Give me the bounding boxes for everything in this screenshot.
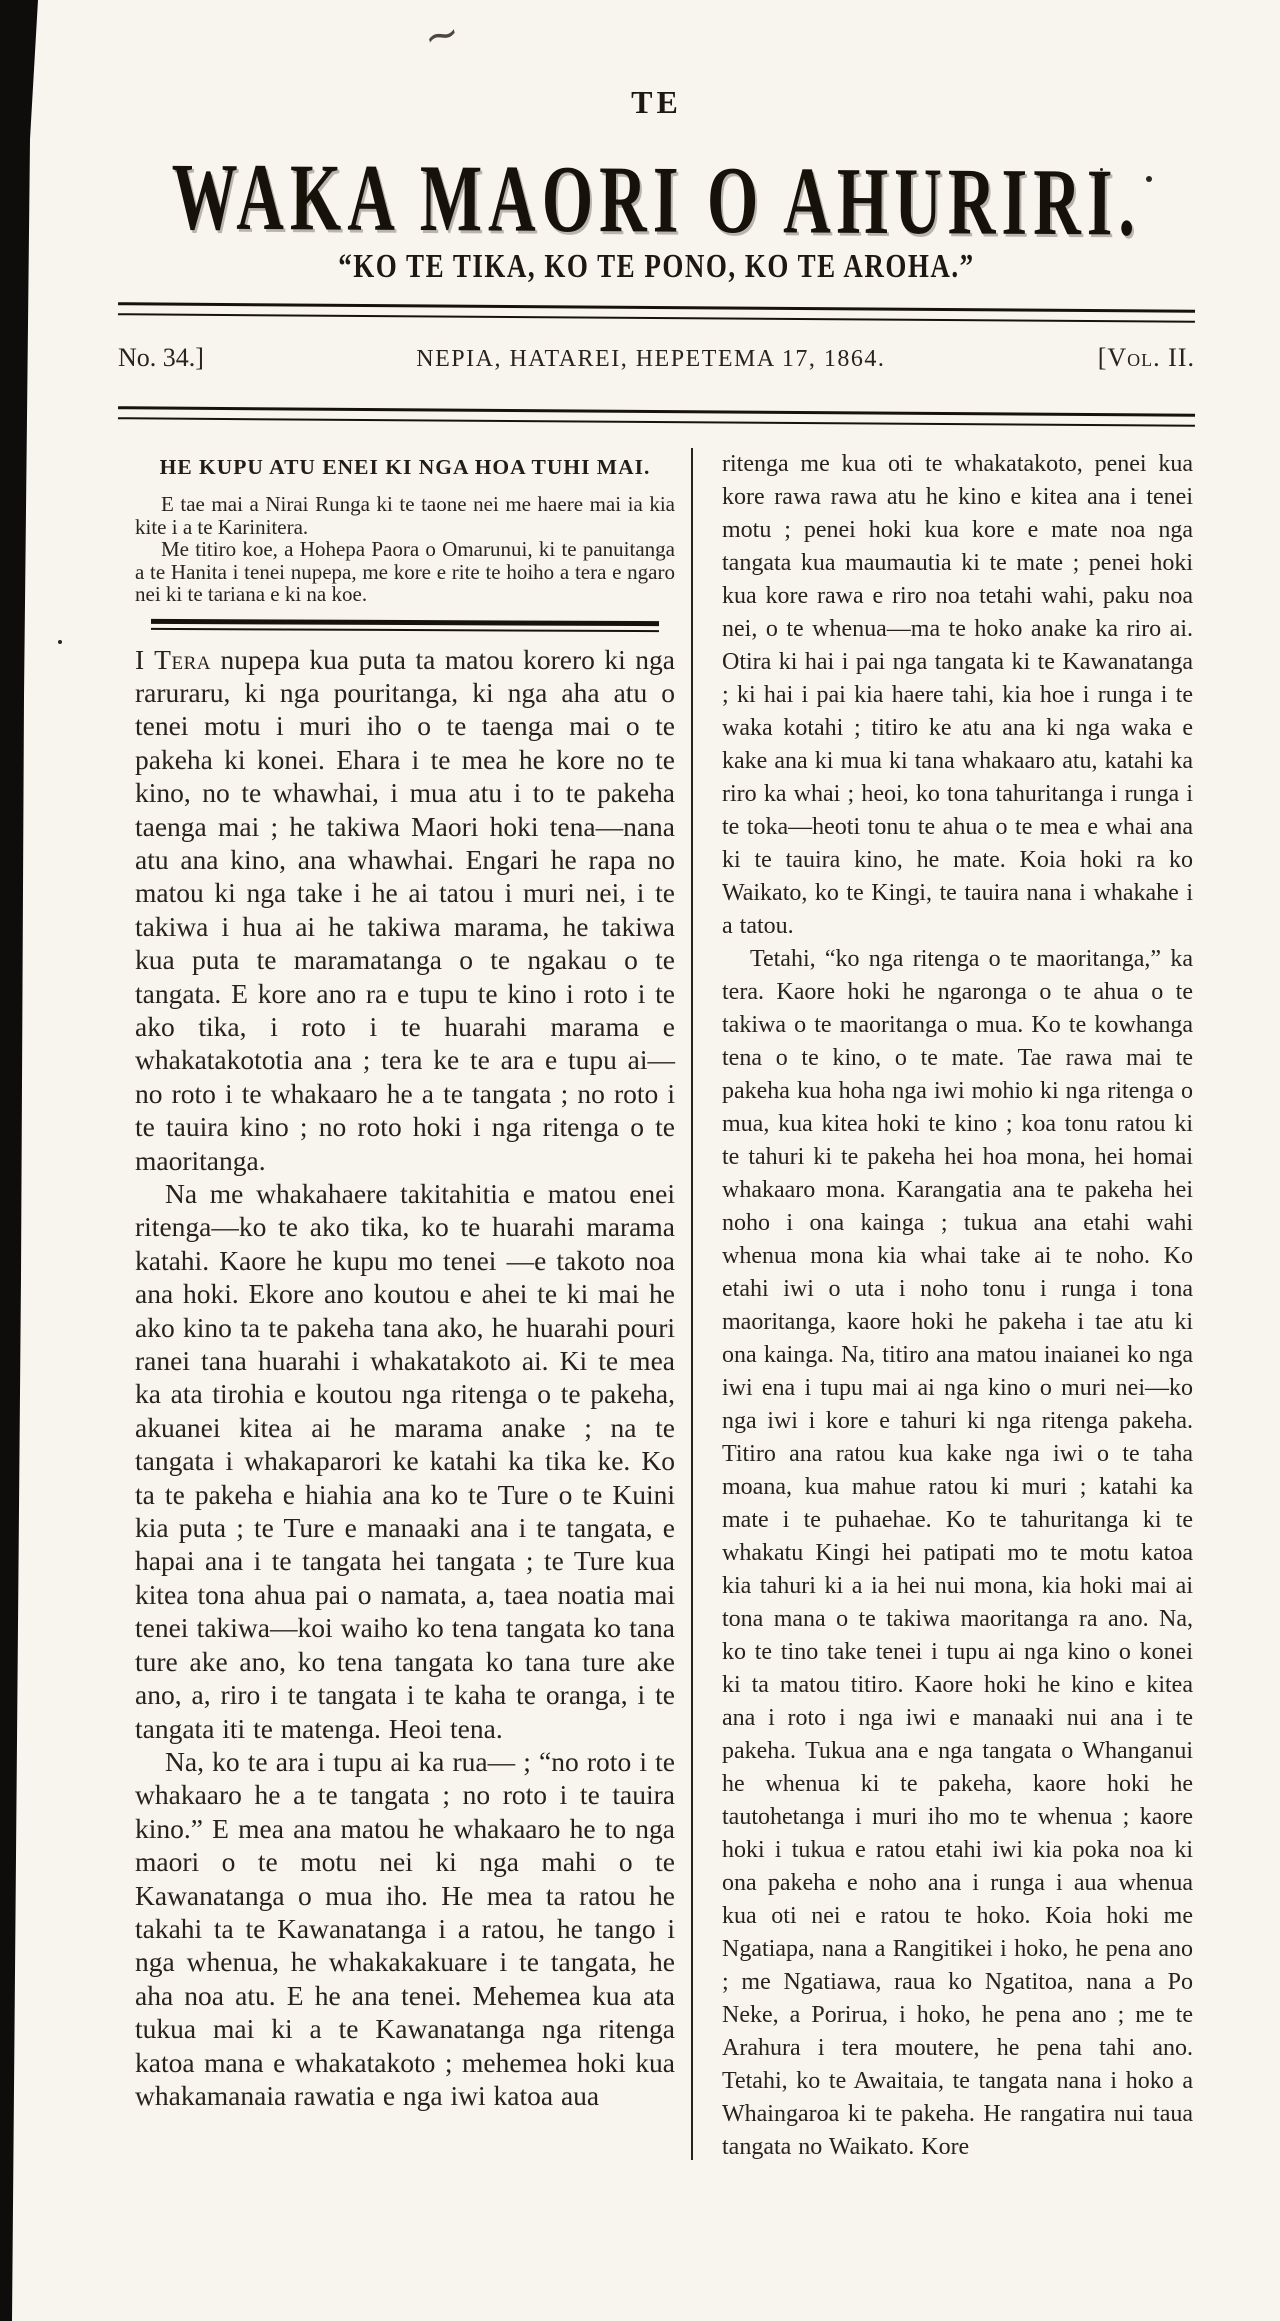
masthead-motto: “KO TE TIKA, KO TE PONO, KO TE AROHA.” [118,247,1195,286]
section-divider-rule [151,618,659,631]
double-rule-top [118,302,1195,323]
smallcaps-text: I Tera [135,644,211,675]
dateline: No. 34.] NEPIA, HATAREI, HEPETEMA 17, 18… [118,336,1195,381]
text-columns: HE KUPU ATU ENEI KI NGA HOA TUHI MAI. E … [135,448,1193,2164]
article-body-right: ritenga me kua oti te whakatakoto, penei… [722,448,1193,2164]
volume-number: [Vol. II. [1098,336,1195,380]
italic-text: mua [410,777,457,808]
ink-speck [58,640,62,644]
left-column: HE KUPU ATU ENEI KI NGA HOA TUHI MAI. E … [135,448,675,2112]
paragraph: Me titiro koe, a Hohepa Paora o Omarunui… [135,538,675,606]
paragraph: E tae mai a Nirai Runga ki te taone nei … [135,493,675,538]
text-run: atu i to te pakeha taenga mai ; he takiw… [135,777,675,1175]
right-column: ritenga me kua oti te whakatakoto, penei… [693,448,1193,2164]
paragraph: Tetahi, “ko nga ritenga o te maoritanga,… [722,943,1193,2164]
paragraph: Na, ko te ara i tupu ai ka rua— ; “no ro… [135,1745,675,2112]
pen-mark: ~ [419,6,465,62]
article-body-left: I Tera nupepa kua puta ta matou korero k… [135,643,675,2113]
double-rule-bottom [118,406,1195,427]
notice-heading: HE KUPU ATU ENEI KI NGA HOA TUHI MAI. [135,452,675,483]
paragraph: Na me whakahaere takitahitia e matou ene… [135,1177,675,1745]
scan-gutter-shadow [0,0,38,2321]
issue-number: No. 34.] [118,336,204,380]
masthead-kicker: TE [118,84,1195,121]
notice-paragraphs: E tae mai a Nirai Runga ki te taone nei … [135,493,675,606]
dateline-date: NEPIA, HATAREI, HEPETEMA 17, 1864. [204,337,1098,381]
paragraph: ritenga me kua oti te whakatakoto, penei… [722,448,1193,943]
paragraph: I Tera nupepa kua puta ta matou korero k… [135,643,675,1178]
masthead-title: WAKA MAORI O AHURIRI. [118,143,1195,260]
